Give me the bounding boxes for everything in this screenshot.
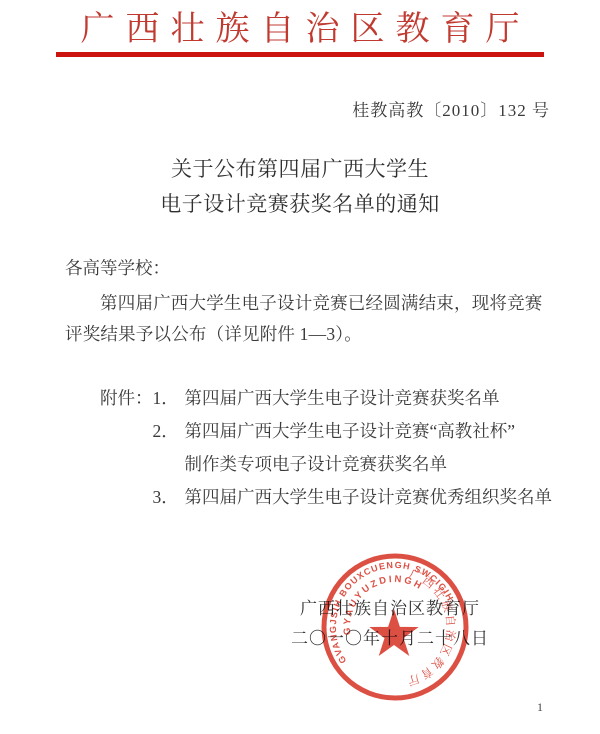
- attachment-item: 3． 第四届广西大学生电子设计竞赛优秀组织奖名单: [153, 481, 561, 514]
- attachment-item-marker: 3．: [153, 481, 185, 514]
- attachments-label: 附件：: [100, 382, 153, 514]
- signature-date: 二〇一〇年十月二十八日: [280, 624, 500, 654]
- document-title-line1: 关于公布第四届广西大学生: [0, 152, 600, 187]
- attachments-list: 附件： 1． 第四届广西大学生电子设计竞赛获奖名单 2． 第四届广西大学生电子设…: [100, 382, 560, 514]
- official-document-page: 广西壮族自治区教育厅 桂教高教〔2010〕132 号 关于公布第四届广西大学生 …: [0, 0, 600, 734]
- attachment-item-text: 第四届广西大学生电子设计竞赛优秀组织奖名单: [185, 481, 553, 514]
- attachment-item-marker: 1．: [153, 382, 185, 415]
- body-paragraph: 第四届广西大学生电子设计竞赛已经圆满结束，现将竞赛 评奖结果予以公布（详见附件 …: [65, 288, 547, 350]
- salutation: 各高等学校：: [65, 256, 170, 281]
- masthead-divider-rule: [56, 52, 544, 57]
- attachments-items: 1． 第四届广西大学生电子设计竞赛获奖名单 2． 第四届广西大学生电子设计竞赛“…: [153, 382, 561, 514]
- page-number: 1: [537, 700, 543, 715]
- signature-agency: 广西壮族自治区教育厅: [280, 594, 500, 624]
- attachment-item: 2． 第四届广西大学生电子设计竞赛“高教社杯” 制作类专项电子设计竞赛获奖名单: [153, 415, 561, 481]
- attachment-item-text: 第四届广西大学生电子设计竞赛获奖名单: [185, 382, 500, 415]
- signature-block: 广西壮族自治区教育厅 二〇一〇年十月二十八日: [280, 594, 500, 654]
- attachment-item-marker: 2．: [153, 415, 185, 481]
- attachment-item: 1． 第四届广西大学生电子设计竞赛获奖名单: [153, 382, 561, 415]
- document-title-line2: 电子设计竞赛获奖名单的通知: [0, 187, 600, 222]
- document-title: 关于公布第四届广西大学生 电子设计竞赛获奖名单的通知: [0, 152, 600, 222]
- attachment-item-text: 第四届广西大学生电子设计竞赛“高教社杯” 制作类专项电子设计竞赛获奖名单: [185, 415, 516, 481]
- issuing-agency-masthead: 广西壮族自治区教育厅: [0, 8, 600, 52]
- document-number: 桂教高教〔2010〕132 号: [352, 96, 550, 121]
